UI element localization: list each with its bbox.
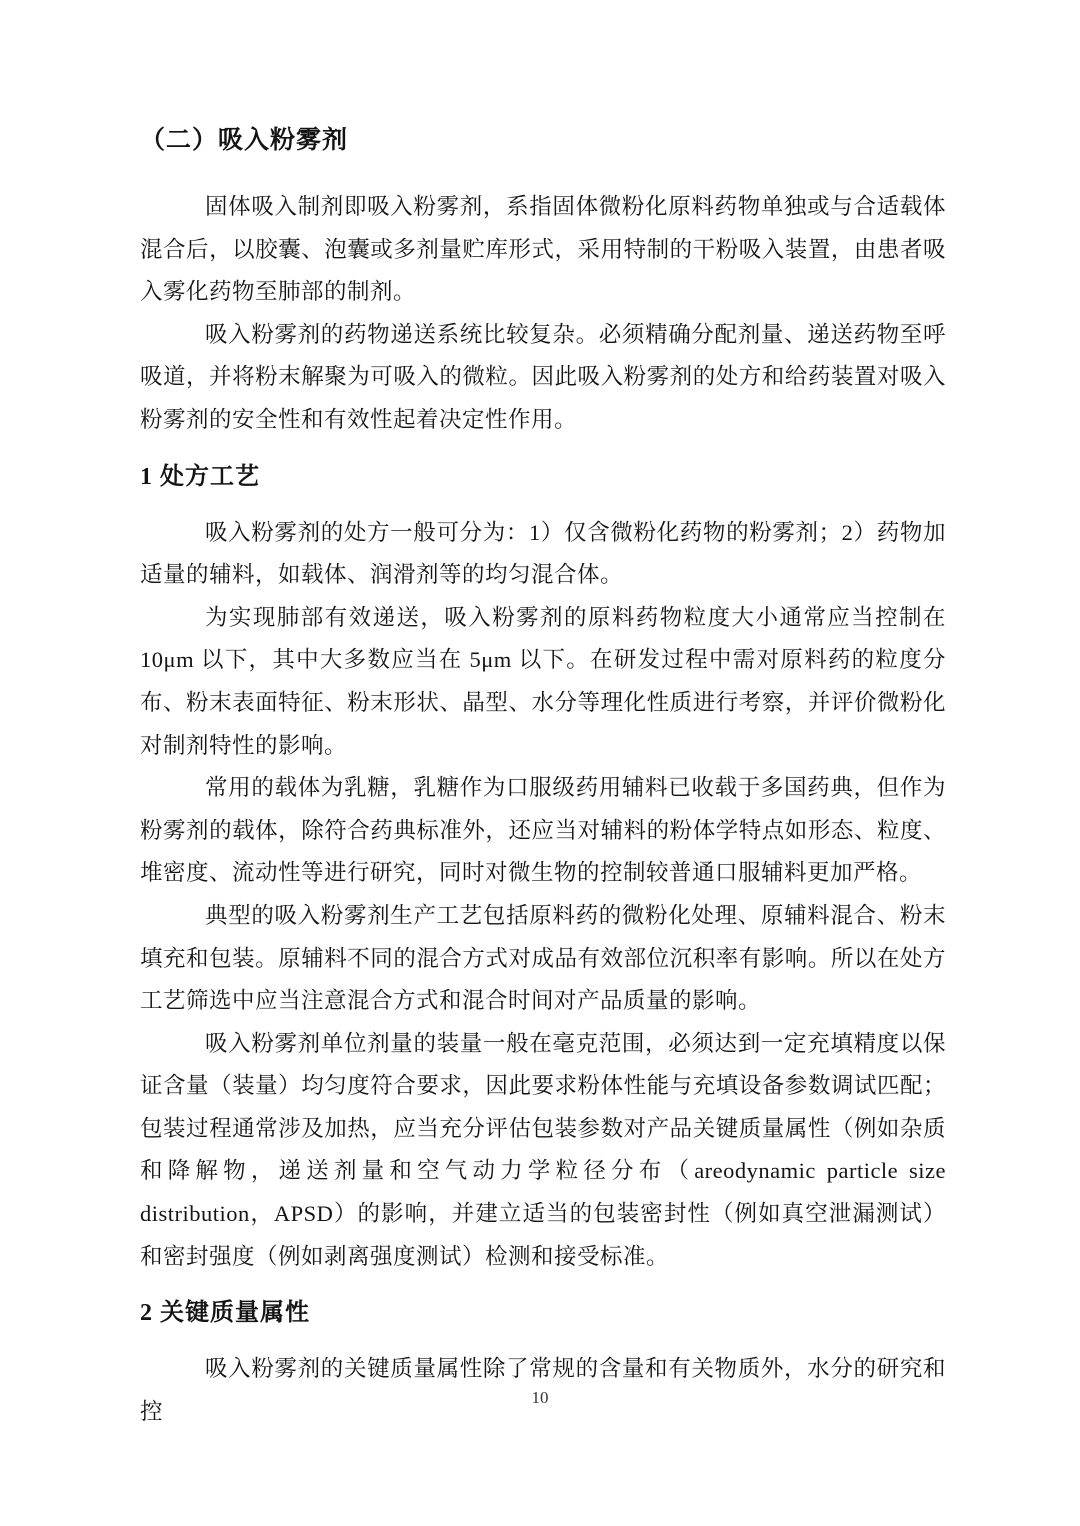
- paragraph-lactose-carrier: 常用的载体为乳糖，乳糖作为口服级药用辅料已收载于多国药典，但作为粉雾剂的载体，除…: [140, 767, 946, 895]
- document-page: （二）吸入粉雾剂 固体吸入制剂即吸入粉雾剂，系指固体微粉化原料药物单独或与合适载…: [0, 0, 1080, 1526]
- paragraph-particle-size: 为实现肺部有效递送，吸入粉雾剂的原料药物粒度大小通常应当控制在10μm 以下，其…: [140, 597, 946, 767]
- paragraph-formulation-types: 吸入粉雾剂的处方一般可分为：1）仅含微粉化药物的粉雾剂；2）药物加适量的辅料，如…: [140, 512, 946, 597]
- section-heading-inhalation-powder: （二）吸入粉雾剂: [140, 118, 946, 164]
- page-content: （二）吸入粉雾剂 固体吸入制剂即吸入粉雾剂，系指固体微粉化原料药物单独或与合适载…: [140, 118, 946, 1433]
- paragraph-delivery-system: 吸入粉雾剂的药物递送系统比较复杂。必须精确分配剂量、递送药物至呼吸道，并将粉末解…: [140, 314, 946, 442]
- paragraph-production-process: 典型的吸入粉雾剂生产工艺包括原料药的微粉化处理、原辅料混合、粉末填充和包装。原辅…: [140, 895, 946, 1023]
- paragraph-definition: 固体吸入制剂即吸入粉雾剂，系指固体微粉化原料药物单独或与合适载体混合后，以胶囊、…: [140, 186, 946, 314]
- subheading-formulation-process: 1 处方工艺: [140, 454, 946, 500]
- page-number: 10: [0, 1388, 1080, 1408]
- subheading-critical-quality-attributes: 2 关键质量属性: [140, 1290, 946, 1336]
- paragraph-fill-weight-packaging: 吸入粉雾剂单位剂量的装量一般在毫克范围，必须达到一定充填精度以保证含量（装量）均…: [140, 1023, 946, 1279]
